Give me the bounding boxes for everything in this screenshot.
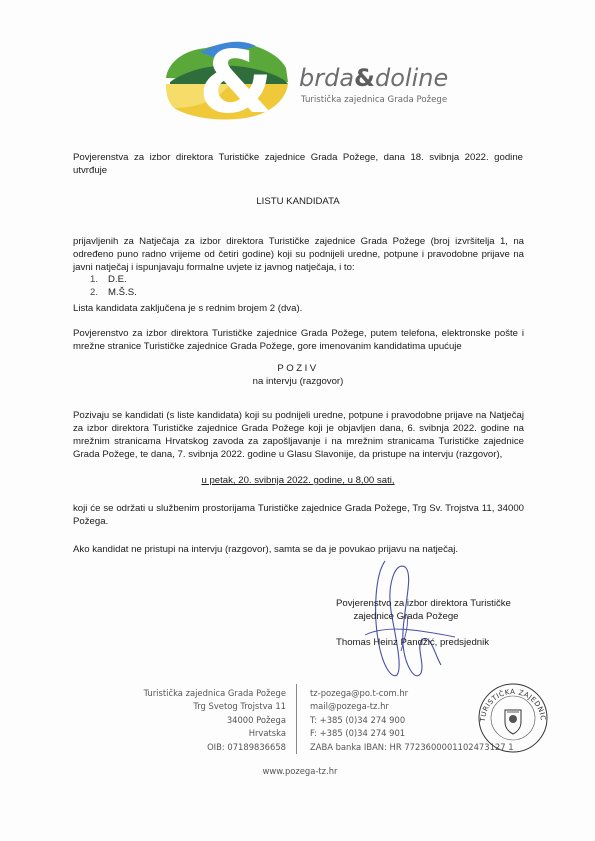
document-page: & brda&doline Turistička zajednica Grada… bbox=[0, 0, 595, 841]
footer-address: Turistička zajednica Grada Požege Trg Sv… bbox=[110, 687, 286, 754]
candidate-name: M.Š.S. bbox=[108, 287, 137, 298]
logo-subtitle: Turistička zajednica Grada Požege bbox=[301, 95, 447, 105]
candidate-list: 1.D.E. 2.M.Š.S. bbox=[86, 273, 286, 299]
official-stamp-icon: TURISTIČKA ZAJEDNICA GRADA POŽEGE bbox=[477, 682, 549, 754]
list-item: 1.D.E. bbox=[86, 273, 286, 286]
commission-paragraph: Povjerenstvo za izbor direktora Turistič… bbox=[73, 327, 524, 353]
signature-committee-line-2: zajednice Grada Požege bbox=[336, 610, 476, 623]
signatory-name: Thomas Heinz Pandžić, predsjednik bbox=[336, 636, 536, 649]
interview-datetime: u petak, 20. svibnja 2022. godine, u 8,0… bbox=[73, 474, 523, 487]
list-closed-statement: Lista kandidata zaključena je s rednim b… bbox=[73, 302, 523, 315]
list-item: 2.M.Š.S. bbox=[86, 286, 286, 299]
coat-of-arms-icon bbox=[505, 710, 521, 734]
candidate-name: D.E. bbox=[108, 274, 127, 285]
signature-committee-line: Povjerenstvo za izbor direktora Turistič… bbox=[336, 597, 536, 610]
website-link[interactable]: www.pozega-tz.hr bbox=[200, 765, 400, 778]
organization-logo: & brda&doline Turistička zajednica Grada… bbox=[160, 38, 480, 120]
intro-paragraph: Povjerenstva za izbor direktora Turistič… bbox=[73, 151, 523, 177]
invitation-subtitle: na intervju (razgovor) bbox=[73, 375, 523, 388]
invitation-paragraph: Pozivaju se kandidati (s liste kandidata… bbox=[73, 409, 524, 461]
invitation-title: POZIV bbox=[73, 362, 523, 375]
logo-wordmark: brda&doline bbox=[299, 64, 448, 92]
oib-number: OIB: 07189836658 bbox=[110, 741, 286, 754]
list-title: LISTU KANDIDATA bbox=[73, 195, 523, 208]
withdrawal-notice: Ako kandidat ne pristupi na intervju (ra… bbox=[73, 543, 524, 556]
brda-doline-logo-icon: & bbox=[160, 38, 300, 120]
svg-text:&: & bbox=[199, 38, 274, 120]
footer-divider bbox=[296, 684, 297, 754]
location-paragraph: koji će se održati u službenim prostorij… bbox=[73, 502, 524, 528]
candidates-paragraph: prijavljenih za Natječaja za izbor direk… bbox=[73, 235, 524, 274]
